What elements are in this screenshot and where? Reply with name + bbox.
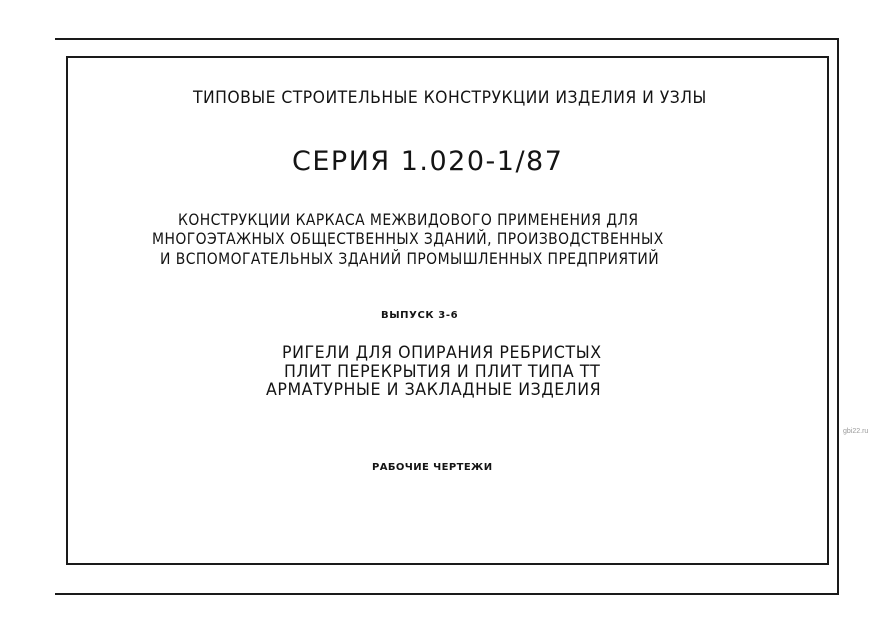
description-line: И ВСПОМОГАТЕЛЬНЫХ ЗДАНИЙ ПРОМЫШЛЕННЫХ ПР… [160, 251, 659, 267]
issue-number: ВЫПУСК 3-6 [381, 311, 458, 321]
outer-frame-top [55, 38, 839, 40]
inner-frame-right [827, 56, 829, 565]
inner-frame-top [67, 56, 829, 58]
description-line: КОНСТРУКЦИИ КАРКАСА МЕЖВИДОВОГО ПРИМЕНЕН… [178, 212, 639, 228]
subject-line: АРМАТУРНЫЕ И ЗАКЛАДНЫЕ ИЗДЕЛИЯ [266, 382, 601, 399]
description-line: МНОГОЭТАЖНЫХ ОБЩЕСТВЕННЫХ ЗДАНИЙ, ПРОИЗВ… [152, 231, 664, 247]
subject-line: ПЛИТ ПЕРЕКРЫТИЯ И ПЛИТ ТИПА ТТ [284, 364, 600, 381]
header-title: ТИПОВЫЕ СТРОИТЕЛЬНЫЕ КОНСТРУКЦИИ ИЗДЕЛИЯ… [193, 90, 707, 107]
inner-frame-bottom [66, 563, 829, 565]
outer-frame-bottom [55, 593, 839, 595]
outer-frame-right [837, 38, 839, 595]
subject-line: РИГЕЛИ ДЛЯ ОПИРАНИЯ РЕБРИСТЫХ [282, 345, 602, 362]
inner-frame-left [66, 56, 68, 565]
series-number: СЕРИЯ 1.020-1/87 [292, 148, 563, 175]
document-type: РАБОЧИЕ ЧЕРТЕЖИ [372, 463, 492, 473]
watermark: gbi22.ru [843, 428, 868, 435]
